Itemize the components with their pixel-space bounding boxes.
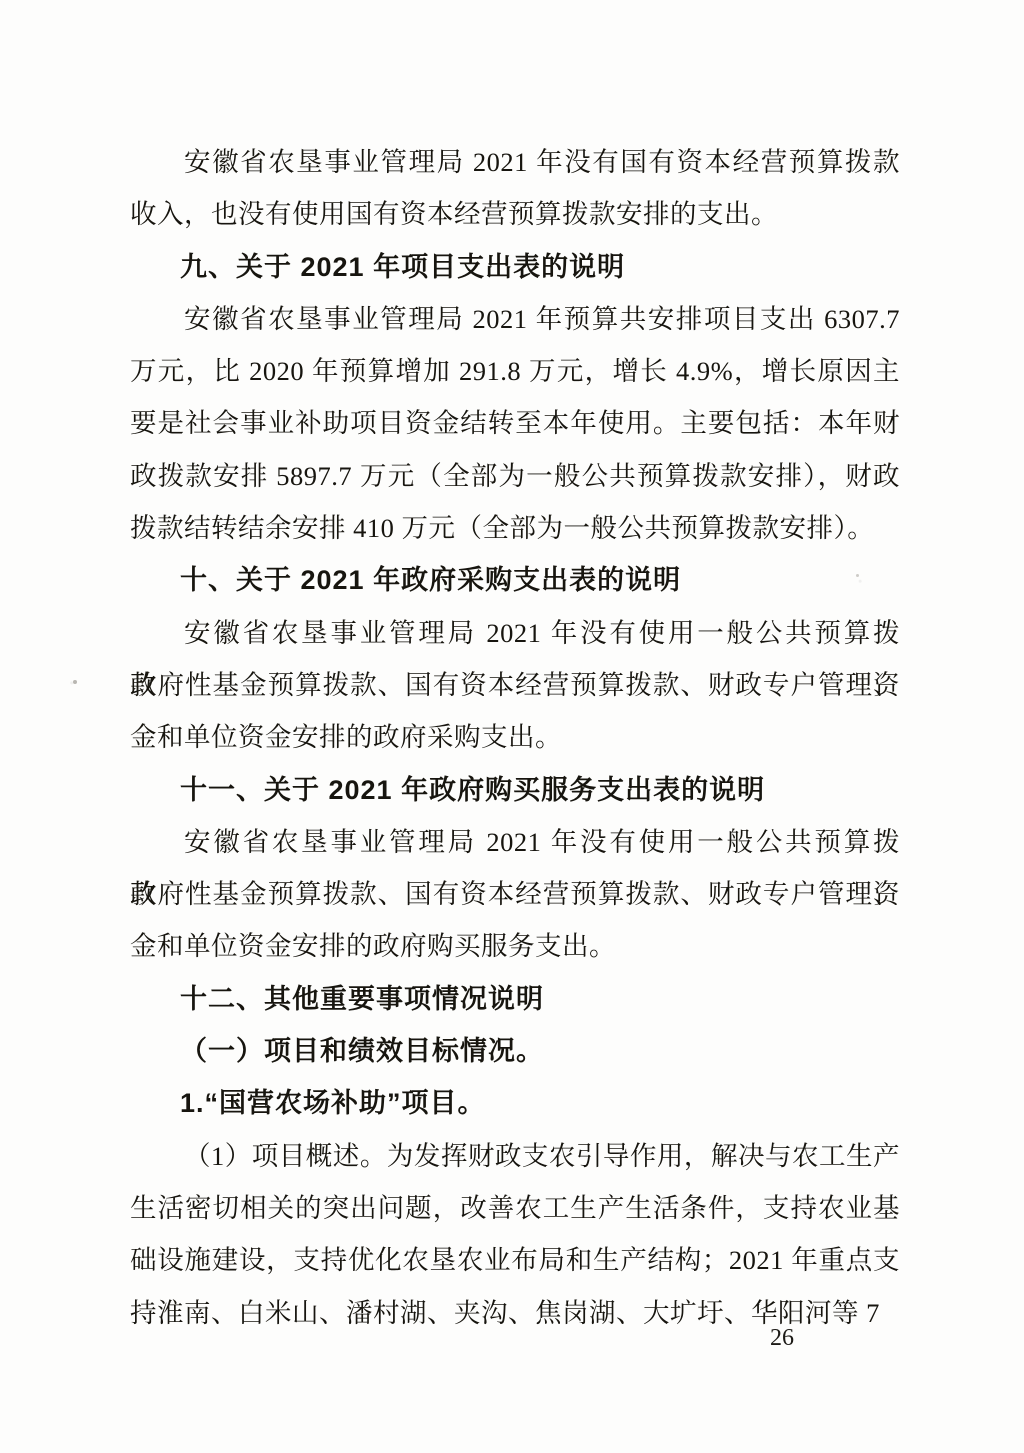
page-number: 26 xyxy=(762,1322,802,1354)
paragraph-line: 生活密切相关的突出问题，改善农工生产生活条件，支持农业基 xyxy=(130,1182,900,1234)
paragraph-line: 要是社会事业补助项目资金结转至本年使用。主要包括：本年财 xyxy=(130,397,900,449)
heading-project-expenditure-table: 九、关于 2021 年项目支出表的说明 xyxy=(130,241,900,293)
document-content: 安徽省农垦事业管理局 2021 年没有国有资本经营预算拨款 收入，也没有使用国有… xyxy=(130,136,900,1339)
paragraph-line: 安徽省农垦事业管理局 2021 年预算共安排项目支出 6307.7 xyxy=(130,293,900,345)
paragraph-line: 安徽省农垦事业管理局 2021 年没有使用一般公共预算拨款、 xyxy=(130,816,900,868)
paragraph-line: 政府性基金预算拨款、国有资本经营预算拨款、财政专户管理资 xyxy=(130,659,900,711)
paragraph-line: 收入，也没有使用国有资本经营预算拨款安排的支出。 xyxy=(130,188,900,240)
paragraph-line: 金和单位资金安排的政府采购支出。 xyxy=(130,711,900,763)
scan-artifact-speck xyxy=(73,680,77,684)
paragraph-line: 政府性基金预算拨款、国有资本经营预算拨款、财政专户管理资 xyxy=(130,868,900,920)
heading-state-farm-subsidy-project: 1.“国营农场补助”项目。 xyxy=(130,1077,900,1129)
paragraph-line: 安徽省农垦事业管理局 2021 年没有使用一般公共预算拨款、 xyxy=(130,607,900,659)
scanned-document-page: 安徽省农垦事业管理局 2021 年没有国有资本经营预算拨款 收入，也没有使用国有… xyxy=(0,0,1024,1453)
paragraph-line: 万元，比 2020 年预算增加 291.8 万元，增长 4.9%，增长原因主 xyxy=(130,345,900,397)
paragraph-line: （1）项目概述。为发挥财政支农引导作用，解决与农工生产 xyxy=(130,1130,900,1182)
paragraph-line: 安徽省农垦事业管理局 2021 年没有国有资本经营预算拨款 xyxy=(130,136,900,188)
heading-purchased-services-table: 十一、关于 2021 年政府购买服务支出表的说明 xyxy=(130,764,900,816)
paragraph-line: 政拨款安排 5897.7 万元（全部为一般公共预算拨款安排），财政 xyxy=(130,450,900,502)
paragraph-line: 拨款结转结余安排 410 万元（全部为一般公共预算拨款安排）。 xyxy=(130,502,900,554)
heading-other-important-matters: 十二、其他重要事项情况说明 xyxy=(130,973,900,1025)
heading-government-procurement-table: 十、关于 2021 年政府采购支出表的说明 xyxy=(130,554,900,606)
heading-project-performance-goals: （一）项目和绩效目标情况。 xyxy=(130,1025,900,1077)
paragraph-line: 金和单位资金安排的政府购买服务支出。 xyxy=(130,920,900,972)
paragraph-line: 础设施建设，支持优化农垦农业布局和生产结构；2021 年重点支 xyxy=(130,1234,900,1286)
